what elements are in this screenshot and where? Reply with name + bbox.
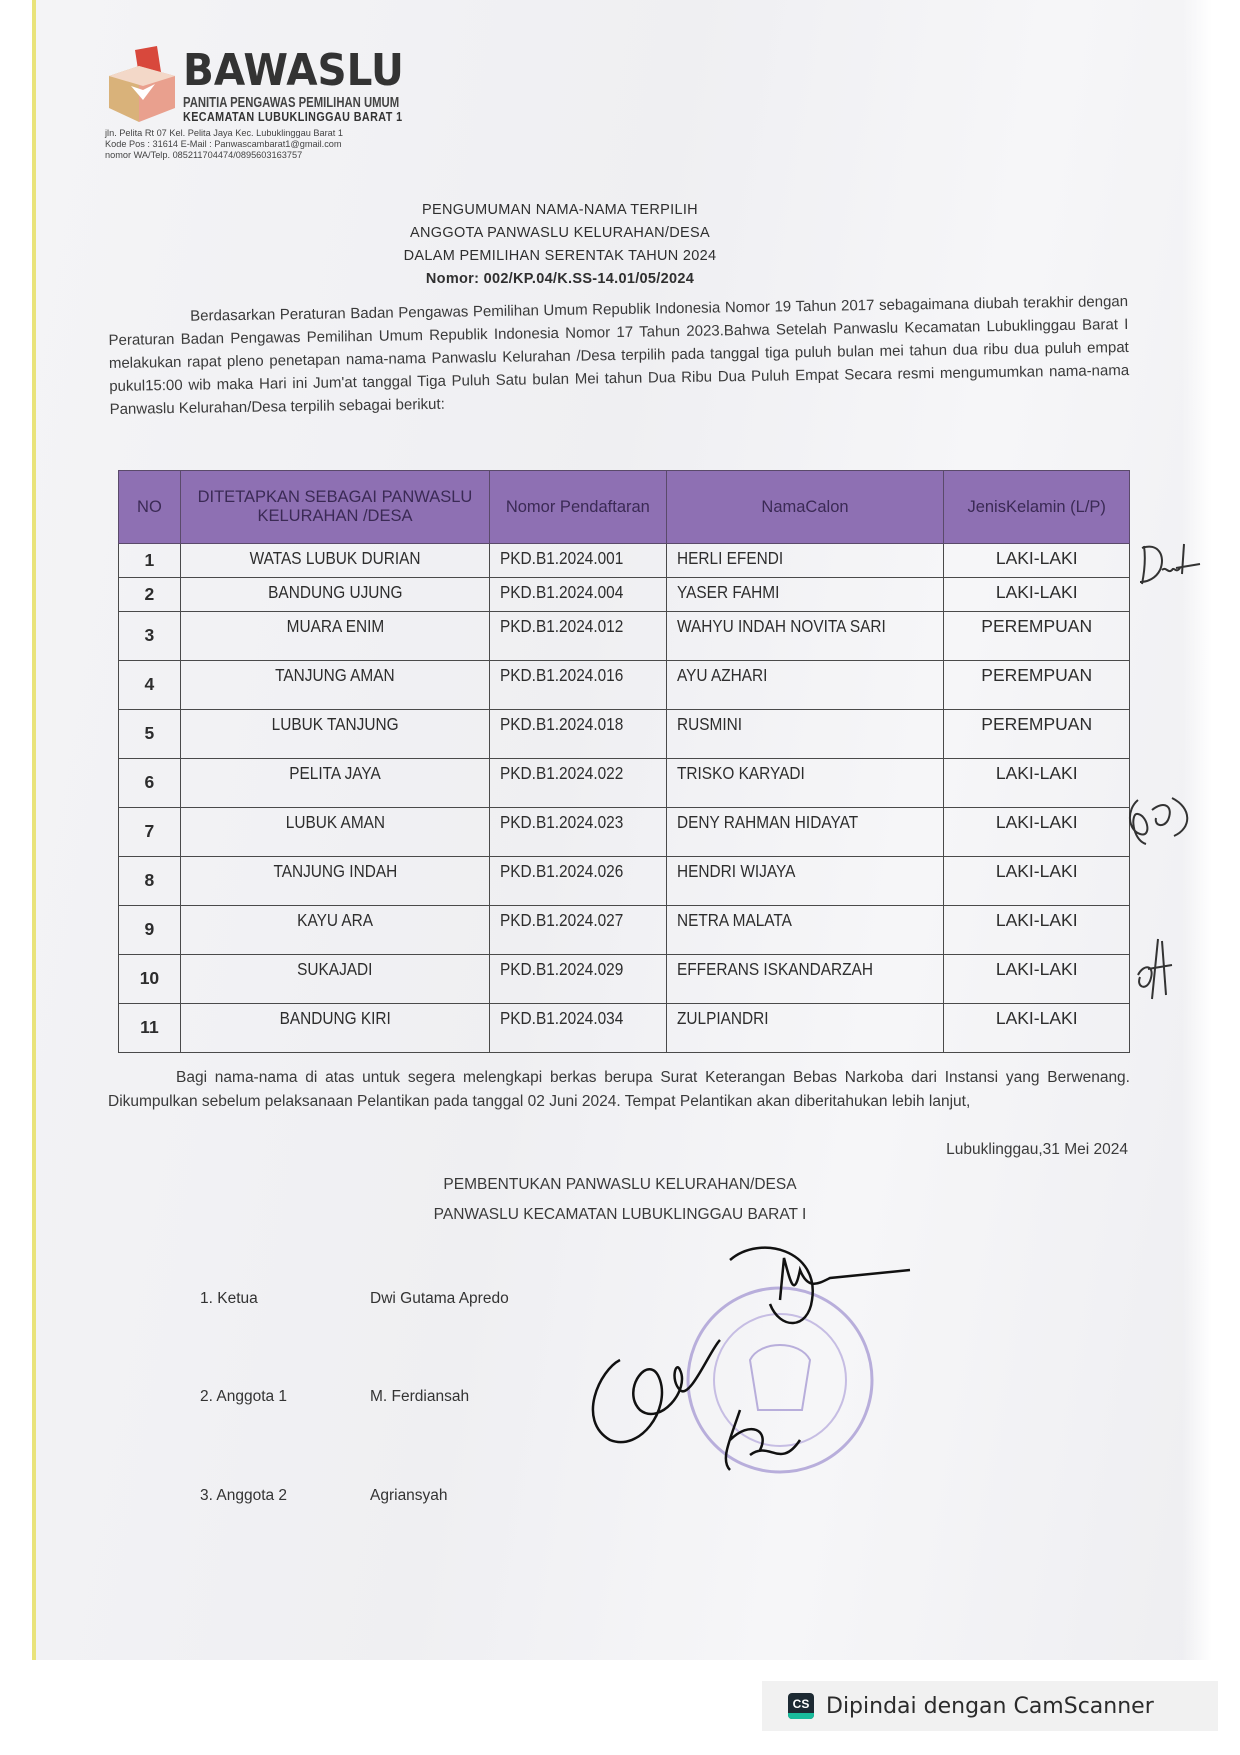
row-registration-number-text: PKD.B1.2024.018 [500, 714, 623, 735]
row-gender: LAKI-LAKI [944, 808, 1130, 857]
row-number-text: 3 [145, 625, 155, 645]
row-number-text: 9 [145, 919, 155, 939]
row-desa: LUBUK TANJUNG [180, 710, 489, 759]
col-no: NO [119, 471, 181, 544]
table-row: 6PELITA JAYAPKD.B1.2024.022TRISKO KARYAD… [119, 759, 1130, 808]
row-registration-number-text: PKD.B1.2024.016 [500, 665, 623, 686]
row-registration-number: PKD.B1.2024.026 [490, 857, 666, 906]
document-number: Nomor: 002/KP.04/K.SS-14.01/05/2024 [330, 268, 790, 291]
row-number: 6 [119, 759, 181, 808]
table-header-row: NO DITETAPKAN SEBAGAI PANWASLU KELURAHAN… [119, 471, 1130, 544]
row-desa-text: LUBUK TANJUNG [272, 714, 399, 735]
row-number: 4 [119, 661, 181, 710]
row-candidate-name-text: AYU AZHARI [677, 665, 767, 686]
elected-members-table: NO DITETAPKAN SEBAGAI PANWASLU KELURAHAN… [118, 470, 1130, 1053]
table-row: 10SUKAJADIPKD.B1.2024.029EFFERANS ISKAND… [119, 955, 1130, 1004]
row-gender: LAKI-LAKI [944, 578, 1130, 612]
member-role: 1. Ketua [200, 1290, 370, 1308]
row-desa-text: MUARA ENIM [286, 616, 384, 637]
row-desa-text: WATAS LUBUK DURIAN [250, 548, 421, 569]
row-desa-text: LUBUK AMAN [285, 812, 384, 833]
brand-district: KECAMATAN LUBUKLINGGAU BARAT 1 [183, 110, 403, 124]
row-gender-text: LAKI-LAKI [996, 910, 1078, 930]
place-and-date: Lubuklinggau,31 Mei 2024 [946, 1141, 1128, 1159]
row-candidate-name: HERLI EFENDI [666, 544, 944, 578]
row-registration-number: PKD.B1.2024.023 [490, 808, 666, 857]
row-candidate-name-text: ZULPIANDRI [677, 1008, 769, 1029]
paragraph-indent [108, 321, 190, 322]
row-desa-text: SUKAJADI [297, 959, 372, 980]
col-gender: JenisKelamin (L/P) [944, 471, 1130, 544]
intro-paragraph: Berdasarkan Peraturan Badan Pengawas Pem… [108, 290, 1130, 421]
phone-line: nomor WA/Telp. 085211704474/089560316375… [105, 150, 343, 161]
row-number-text: 4 [145, 674, 155, 694]
row-desa: WATAS LUBUK DURIAN [180, 544, 489, 578]
row-gender-text: LAKI-LAKI [996, 548, 1078, 568]
row-gender-text: PEREMPUAN [981, 714, 1092, 734]
camscanner-logo-icon: CS [788, 1693, 814, 1719]
row-registration-number-text: PKD.B1.2024.034 [500, 1008, 623, 1029]
row-registration-number: PKD.B1.2024.027 [490, 906, 666, 955]
camscanner-label: Dipindai dengan CamScanner [826, 1694, 1154, 1719]
row-number-text: 6 [145, 772, 155, 792]
member-role: 3. Anggota 2 [200, 1487, 370, 1505]
row-gender-text: LAKI-LAKI [996, 861, 1078, 881]
row-candidate-name: WAHYU INDAH NOVITA SARI [666, 612, 944, 661]
table-row: 2BANDUNG UJUNGPKD.B1.2024.004YASER FAHMI… [119, 578, 1130, 612]
row-number-text: 2 [145, 584, 155, 604]
row-desa-text: PELITA JAYA [289, 763, 381, 784]
row-registration-number: PKD.B1.2024.001 [490, 544, 666, 578]
row-candidate-name-text: EFFERANS ISKANDARZAH [677, 959, 873, 980]
brand-subtitle: PANITIA PENGAWAS PEMILIHAN UMUM [183, 95, 399, 111]
row-candidate-name: TRISKO KARYADI [666, 759, 944, 808]
row-gender-text: PEREMPUAN [981, 665, 1092, 685]
signatory-org-line-1: PEMBENTUKAN PANWASLU KELURAHAN/DESA [300, 1176, 940, 1194]
row-registration-number-text: PKD.B1.2024.022 [500, 763, 623, 784]
row-desa: TANJUNG INDAH [180, 857, 489, 906]
signatory-org-line-2: PANWASLU KECAMATAN LUBUKLINGGAU BARAT I [300, 1206, 940, 1224]
closing-text: Bagi nama-nama di atas untuk segera mele… [108, 1069, 1130, 1110]
row-candidate-name-text: HERLI EFENDI [677, 548, 783, 569]
row-registration-number: PKD.B1.2024.004 [490, 578, 666, 612]
row-registration-number-text: PKD.B1.2024.023 [500, 812, 623, 833]
table-row: 9KAYU ARAPKD.B1.2024.027NETRA MALATALAKI… [119, 906, 1130, 955]
row-candidate-name-text: DENY RAHMAN HIDAYAT [677, 812, 858, 833]
member-name: Agriansyah [370, 1487, 448, 1504]
row-gender: PEREMPUAN [944, 612, 1130, 661]
signatory-member: 1. KetuaDwi Gutama Apredo [200, 1290, 509, 1308]
row-candidate-name: YASER FAHMI [666, 578, 944, 612]
row-gender-text: LAKI-LAKI [996, 582, 1078, 602]
row-registration-number: PKD.B1.2024.018 [490, 710, 666, 759]
margin-initial-signature-icon [1128, 935, 1178, 1005]
ballot-box-logo-icon [105, 46, 180, 126]
col-registration: Nomor Pendaftaran [490, 471, 666, 544]
row-registration-number: PKD.B1.2024.029 [490, 955, 666, 1004]
signatory-member: 3. Anggota 2Agriansyah [200, 1487, 448, 1505]
table-row: 5LUBUK TANJUNGPKD.B1.2024.018RUSMINIPERE… [119, 710, 1130, 759]
row-gender-text: LAKI-LAKI [996, 812, 1078, 832]
row-number: 11 [119, 1004, 181, 1053]
intro-text: Berdasarkan Peraturan Badan Pengawas Pem… [108, 293, 1129, 418]
table-row: 3MUARA ENIMPKD.B1.2024.012WAHYU INDAH NO… [119, 612, 1130, 661]
table-row: 11BANDUNG KIRIPKD.B1.2024.034ZULPIANDRIL… [119, 1004, 1130, 1053]
address-block: jln. Pelita Rt 07 Kel. Pelita Jaya Kec. … [105, 128, 343, 161]
row-gender-text: LAKI-LAKI [996, 959, 1078, 979]
row-gender: LAKI-LAKI [944, 544, 1130, 578]
row-desa-text: BANDUNG UJUNG [268, 582, 402, 603]
camscanner-watermark: CS Dipindai dengan CamScanner [762, 1681, 1218, 1731]
row-gender-text: PEREMPUAN [981, 616, 1092, 636]
col-desa: DITETAPKAN SEBAGAI PANWASLU KELURAHAN /D… [180, 471, 489, 544]
title-line-3: DALAM PEMILIHAN SERENTAK TAHUN 2024 [330, 245, 790, 268]
row-number: 8 [119, 857, 181, 906]
row-candidate-name-text: WAHYU INDAH NOVITA SARI [677, 616, 886, 637]
row-desa: LUBUK AMAN [180, 808, 489, 857]
row-desa-text: BANDUNG KIRI [279, 1008, 390, 1029]
row-registration-number: PKD.B1.2024.012 [490, 612, 666, 661]
row-number: 7 [119, 808, 181, 857]
row-gender: PEREMPUAN [944, 710, 1130, 759]
row-registration-number-text: PKD.B1.2024.026 [500, 861, 623, 882]
row-registration-number-text: PKD.B1.2024.029 [500, 959, 623, 980]
row-gender: LAKI-LAKI [944, 759, 1130, 808]
address-line: jln. Pelita Rt 07 Kel. Pelita Jaya Kec. … [105, 128, 343, 139]
closing-paragraph: Bagi nama-nama di atas untuk segera mele… [108, 1066, 1130, 1114]
row-registration-number: PKD.B1.2024.016 [490, 661, 666, 710]
row-number: 3 [119, 612, 181, 661]
row-desa-text: TANJUNG INDAH [273, 861, 397, 882]
row-registration-number: PKD.B1.2024.022 [490, 759, 666, 808]
row-gender-text: LAKI-LAKI [996, 1008, 1078, 1028]
row-desa: TANJUNG AMAN [180, 661, 489, 710]
row-registration-number-text: PKD.B1.2024.027 [500, 910, 623, 931]
row-gender: PEREMPUAN [944, 661, 1130, 710]
row-gender: LAKI-LAKI [944, 1004, 1130, 1053]
row-registration-number: PKD.B1.2024.034 [490, 1004, 666, 1053]
margin-initial-signature-icon [1136, 540, 1206, 590]
row-registration-number-text: PKD.B1.2024.004 [500, 582, 623, 603]
brand-name: BAWASLU [183, 48, 404, 94]
table-row: 1WATAS LUBUK DURIANPKD.B1.2024.001HERLI … [119, 544, 1130, 578]
row-number-text: 7 [145, 821, 155, 841]
row-desa-text: TANJUNG AMAN [275, 665, 395, 686]
row-number-text: 10 [140, 968, 159, 988]
row-number: 1 [119, 544, 181, 578]
row-candidate-name-text: YASER FAHMI [677, 582, 779, 603]
table-row: 4TANJUNG AMANPKD.B1.2024.016AYU AZHARIPE… [119, 661, 1130, 710]
row-gender: LAKI-LAKI [944, 906, 1130, 955]
row-candidate-name-text: HENDRI WIJAYA [677, 861, 795, 882]
row-number: 9 [119, 906, 181, 955]
row-desa: MUARA ENIM [180, 612, 489, 661]
row-number: 2 [119, 578, 181, 612]
row-candidate-name-text: TRISKO KARYADI [677, 763, 805, 784]
row-candidate-name-text: RUSMINI [677, 714, 742, 735]
row-number-text: 8 [145, 870, 155, 890]
table-row: 7LUBUK AMANPKD.B1.2024.023DENY RAHMAN HI… [119, 808, 1130, 857]
row-number-text: 5 [145, 723, 155, 743]
member-name: M. Ferdiansah [370, 1388, 469, 1405]
row-candidate-name: HENDRI WIJAYA [666, 857, 944, 906]
row-candidate-name-text: NETRA MALATA [677, 910, 792, 931]
row-number: 5 [119, 710, 181, 759]
row-gender: LAKI-LAKI [944, 857, 1130, 906]
row-number: 10 [119, 955, 181, 1004]
row-registration-number-text: PKD.B1.2024.012 [500, 616, 623, 637]
official-stamp-and-signatures-icon [580, 1240, 960, 1490]
row-desa: SUKAJADI [180, 955, 489, 1004]
member-role: 2. Anggota 1 [200, 1388, 370, 1406]
row-number-text: 11 [140, 1017, 159, 1037]
row-candidate-name: NETRA MALATA [666, 906, 944, 955]
table-row: 8TANJUNG INDAHPKD.B1.2024.026HENDRI WIJA… [119, 857, 1130, 906]
row-candidate-name: RUSMINI [666, 710, 944, 759]
row-registration-number-text: PKD.B1.2024.001 [500, 548, 623, 569]
row-candidate-name: EFFERANS ISKANDARZAH [666, 955, 944, 1004]
col-candidate-name: NamaCalon [666, 471, 944, 544]
row-candidate-name: ZULPIANDRI [666, 1004, 944, 1053]
row-desa-text: KAYU ARA [297, 910, 373, 931]
row-desa: PELITA JAYA [180, 759, 489, 808]
row-candidate-name: DENY RAHMAN HIDAYAT [666, 808, 944, 857]
row-number-text: 1 [145, 550, 155, 570]
row-gender: LAKI-LAKI [944, 955, 1130, 1004]
row-desa: BANDUNG KIRI [180, 1004, 489, 1053]
member-name: Dwi Gutama Apredo [370, 1290, 509, 1307]
margin-initial-signature-icon [1118, 790, 1198, 850]
signatory-member: 2. Anggota 1M. Ferdiansah [200, 1388, 469, 1406]
row-candidate-name: AYU AZHARI [666, 661, 944, 710]
row-gender-text: LAKI-LAKI [996, 763, 1078, 783]
title-line-2: ANGGOTA PANWASLU KELURAHAN/DESA [330, 222, 790, 245]
announcement-title: PENGUMUMAN NAMA-NAMA TERPILIH ANGGOTA PA… [330, 199, 790, 291]
row-desa: KAYU ARA [180, 906, 489, 955]
title-line-1: PENGUMUMAN NAMA-NAMA TERPILIH [330, 199, 790, 222]
postal-email-line: Kode Pos : 31614 E-Mail : Panwascambarat… [105, 139, 343, 150]
row-desa: BANDUNG UJUNG [180, 578, 489, 612]
